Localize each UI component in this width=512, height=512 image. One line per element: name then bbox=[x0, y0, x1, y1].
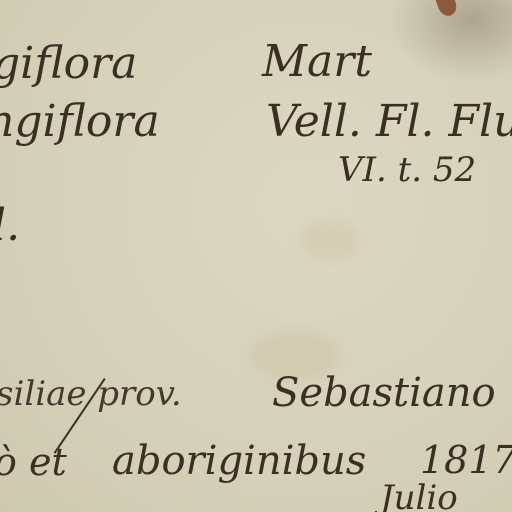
handwritten-line-5a: siliae prov. bbox=[0, 374, 182, 414]
handwritten-line-2b: Vell. Fl. Flu bbox=[266, 96, 512, 147]
handwritten-line-1a: giflora bbox=[0, 38, 137, 89]
handwritten-line-7: Julio bbox=[380, 478, 458, 512]
handwritten-line-6b: aboriginibus bbox=[112, 438, 366, 484]
handwritten-line-2a: ngiflora bbox=[0, 96, 160, 147]
handwritten-line-5b: Sebastiano bbox=[272, 370, 496, 416]
handwritten-line-4: l. bbox=[0, 200, 20, 251]
handwritten-line-3: VI. t. 52 bbox=[338, 150, 476, 190]
paper-stain bbox=[300, 220, 360, 260]
handwritten-line-6a: ò et bbox=[0, 440, 67, 484]
handwritten-line-1b: Mart bbox=[262, 36, 372, 87]
handwritten-line-6c: 1817 bbox=[420, 438, 512, 482]
